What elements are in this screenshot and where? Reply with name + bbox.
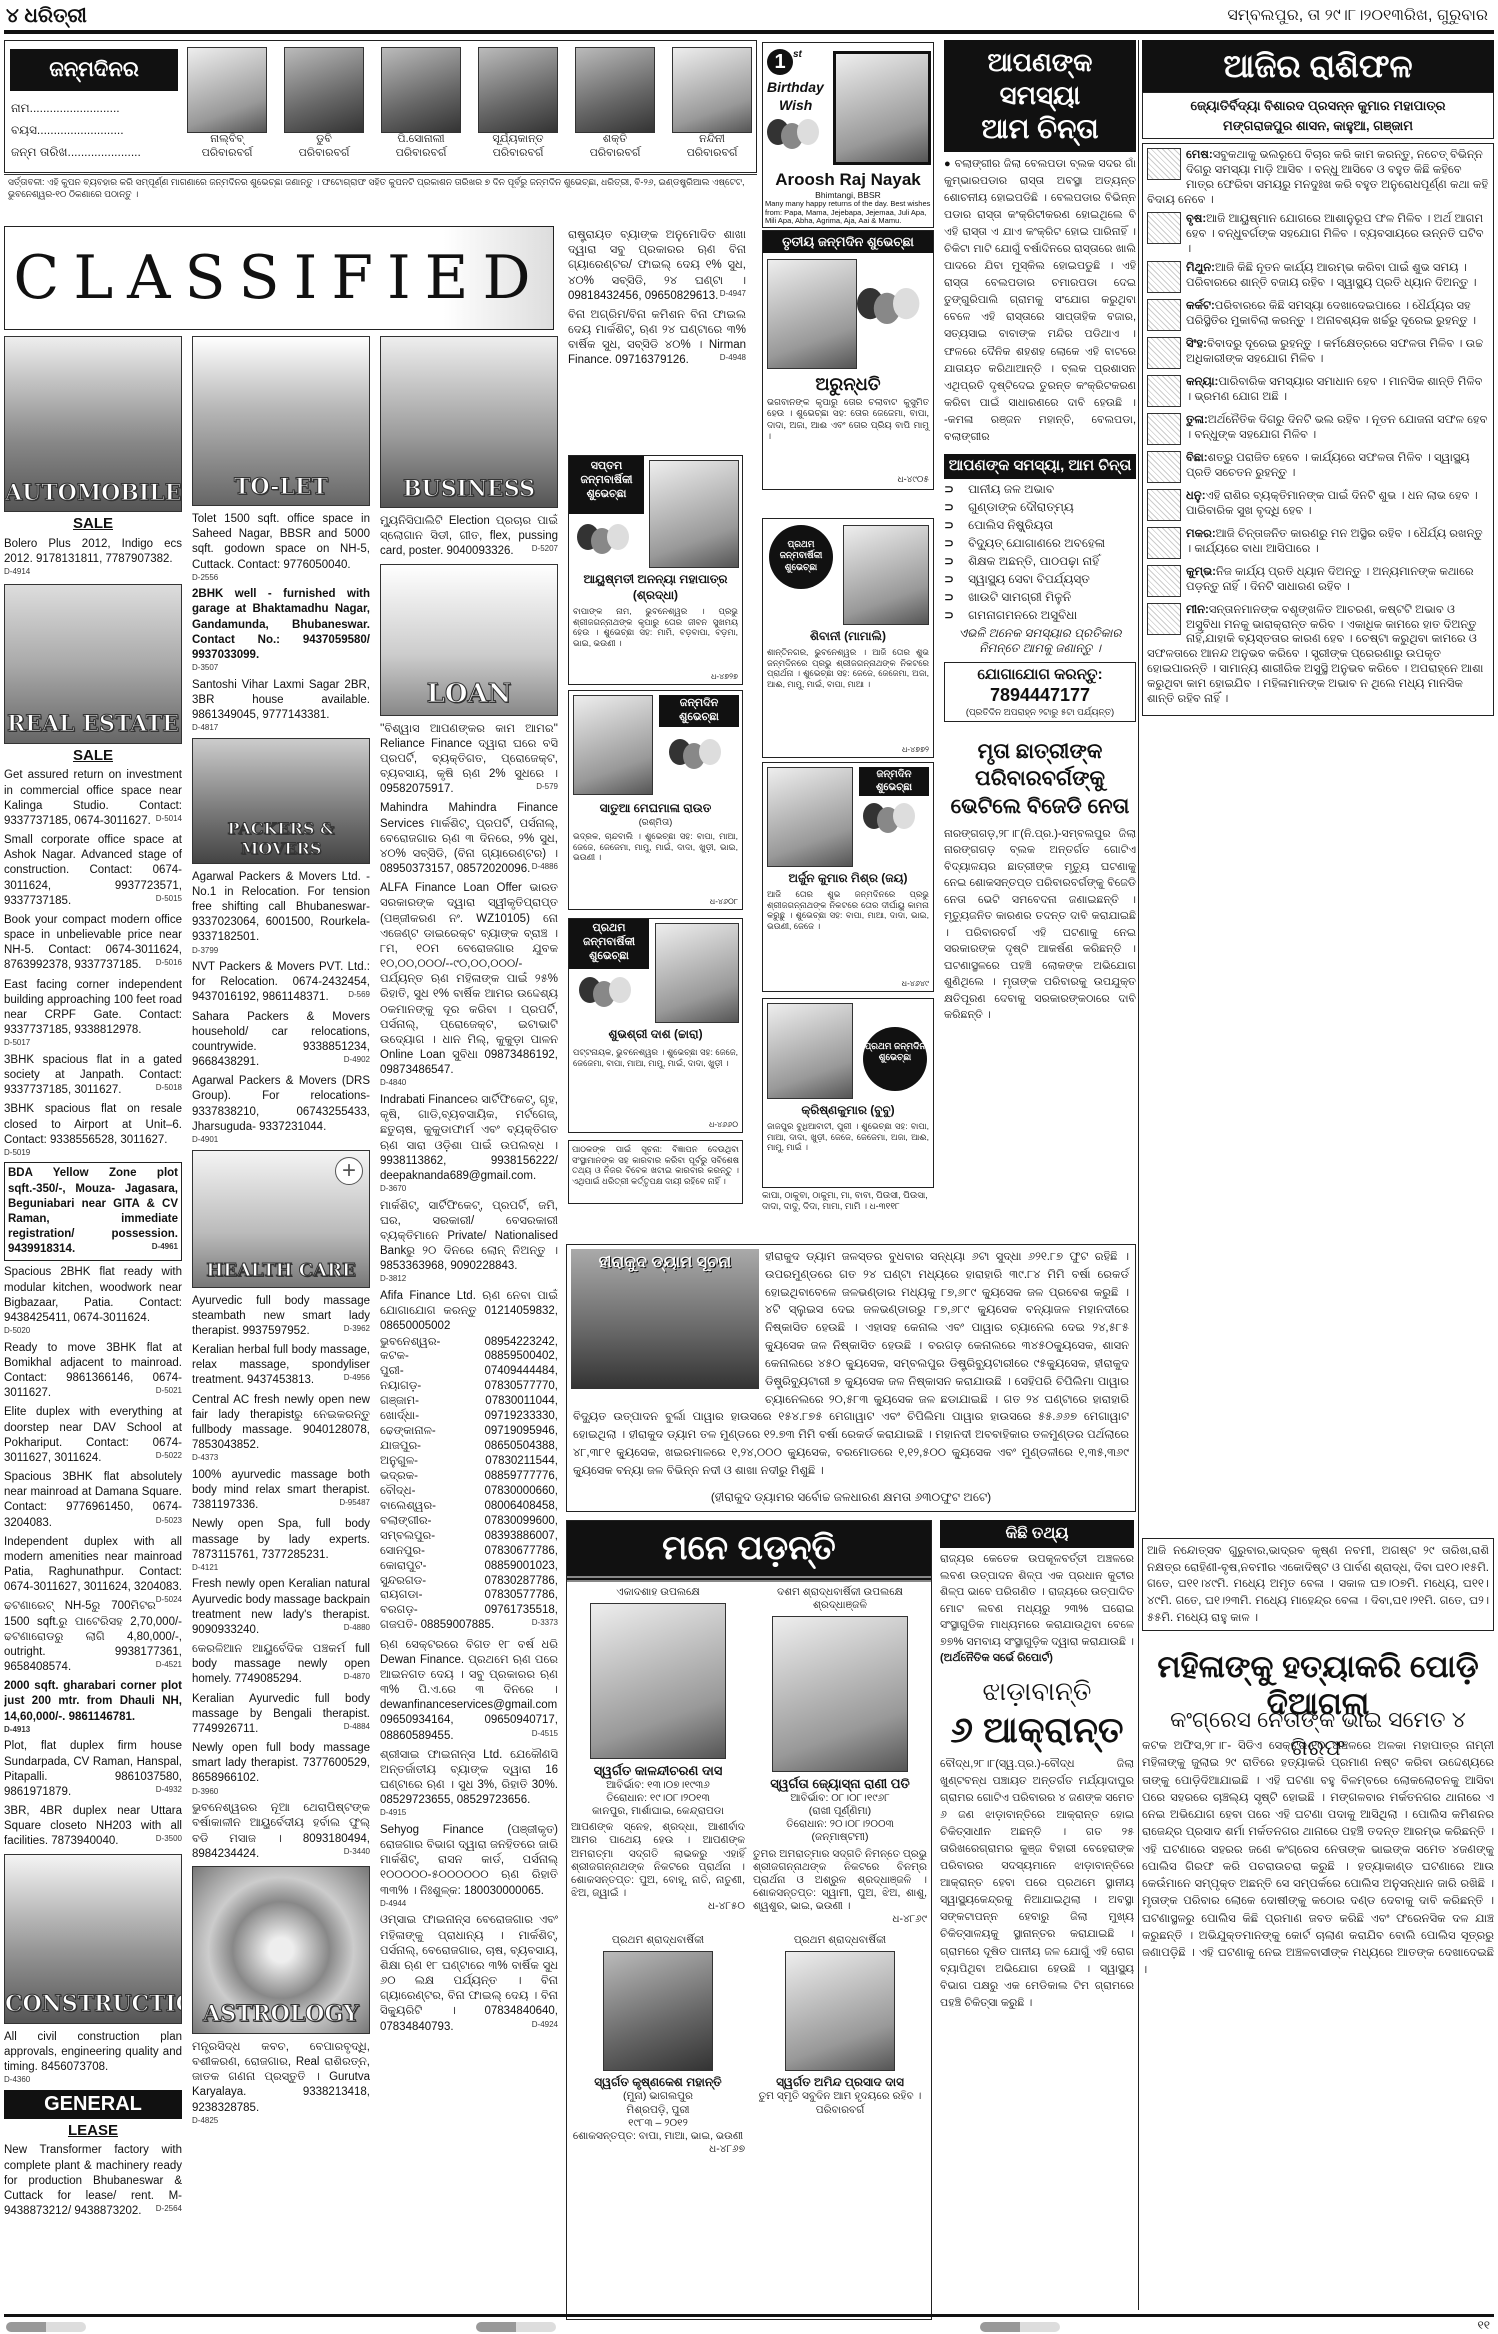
mane-padanti-section: ମନେ ପଡ଼ନ୍ତି ଏକାଦଶାହ ଉପଲକ୍ଷେ ସ୍ୱର୍ଗତ କାଳନ… — [566, 1520, 932, 2320]
mane-padanti-title: ମନେ ପଡ଼ନ୍ତି — [567, 1521, 931, 1582]
classified-ad: Mahindra Mahindra Finance Services ମାର୍କ… — [380, 801, 558, 877]
classified-ad: ରାଷ୍ଟ୍ରାୟତ ବ୍ୟାଙ୍କ ଅନୁମୋଦିତ ଶାଖା ଦ୍ୱାରା … — [568, 228, 746, 304]
birthday-entry: ପି.ସୋନାଲୀପରିବାରବର୍ଗ — [381, 47, 461, 169]
branch-row: ବୌଦ୍ଧ-07830000660, — [380, 1484, 558, 1499]
classified-ad: Book your compact modern office space in… — [4, 913, 182, 974]
afifa-finance-intro: Afifa Finance Ltd. ଋଣ ନେବା ପାଇଁ ଯୋଗାଯୋଗ … — [380, 1289, 558, 1335]
branch-row: ଯାଜପୁର-08650504388, — [380, 1439, 558, 1454]
classified-ad: ALFA Finance Loan Offer ଭାରତ ସରକାରଙ୍କ ଦ୍… — [380, 881, 558, 1089]
child-photo — [284, 47, 364, 133]
headline-jhadabanti-2: ୬ ଆକ୍ରାନ୍ତ — [940, 1707, 1134, 1752]
virgo-icon — [1147, 375, 1181, 407]
child-photo — [843, 525, 929, 625]
astrology-image: ASTROLOGY — [192, 1866, 370, 2034]
column-2: TO-LET Tolet 1500 sqft. office space in … — [192, 336, 370, 2326]
classified-ad: Plot, flat duplex firm house Sundarpada,… — [4, 1739, 182, 1800]
balloons-icon — [863, 803, 923, 853]
obituary-2: ଦଶମ ଶ୍ରାଦ୍ଧବାର୍ଷିକୀ ଉପଲକ୍ଷେ ଶ୍ରଦ୍ଧାଞ୍ଜଳି… — [749, 1582, 931, 1931]
branch-row: ପୁରୀ-07409444484, — [380, 1364, 558, 1379]
birthday-entry: ଡୁବିପରିବାରବର୍ଗ — [284, 47, 364, 169]
samasya-letter: ● ବଲାଙ୍ଗୀର ଜିଲା ବେଲପଡା ବ୍ଲକ ସଦର ଗାଁ କୁମ୍… — [944, 156, 1136, 446]
capricorn-icon — [1147, 527, 1181, 559]
classified-ad: Keralian Ayurvedic full body massage by … — [192, 1692, 370, 1738]
column-divider — [1138, 40, 1139, 2310]
classified-ad: ମ୍ୟୁନିସିପାଲିଟି Election ପ୍ରଚାର ପାଇଁ ସ୍ଲୋ… — [380, 514, 558, 560]
rashi-item: ମିଥୁନ:ଆଜି କିଛି ନୂତନ କାର୍ଯ୍ୟ ଆରମ୍ଭ କରିବା … — [1147, 261, 1489, 295]
classified-ad: NVT Packers & Movers PVT. Ltd.: for Relo… — [192, 960, 370, 1006]
classified-ad: Fresh newly open Keralian natural Ayurve… — [192, 1577, 370, 1638]
astrologer-credit: ଜ୍ୟୋତିର୍ବିଦ୍ୟା ବିଶାରଦ ପ୍ରସନ୍ନ କୁମାର ମହାପ… — [1142, 92, 1494, 139]
birthday-coupon-title: ଜନ୍ମଦିନର ଶୁଭେଚ୍ଛା — [10, 49, 178, 91]
kichhi-tathya-body: ରାଜ୍ୟର କେତେକ ଉପକୂଳବର୍ତ୍ତୀ ଅଞ୍ଚଳରେ ଲବଣ ଉତ… — [940, 1551, 1134, 1667]
samasya-section: ଆପଣଙ୍କ ସମସ୍ୟା ଆମ ଚିନ୍ତା ● ବଲାଙ୍ଗୀର ଜିଲା … — [944, 40, 1136, 1240]
branch-row: ଅନୁଗୁଳ-07830211544, — [380, 1454, 558, 1469]
classified-ad: ''ବିଶ୍ୱାସ ଆପଣଙ୍କର କାମ ଆମର'' Reliance Fin… — [380, 722, 558, 798]
contact-phone[interactable]: 7894447177 — [948, 684, 1132, 707]
obituary-1: ଏକାଦଶାହ ଉପଲକ୍ଷେ ସ୍ୱର୍ଗତ କାଳନ୍ଦୀଚରଣ ଦାସ ଆ… — [567, 1582, 749, 1931]
classified-ad: Ayurvedic full body massage steambath ne… — [192, 1294, 370, 1340]
kichhi-tathya-title: କିଛି ତଥ୍ୟ — [940, 1520, 1134, 1548]
leo-icon — [1147, 337, 1181, 369]
classified-ad: ବିନା ଅଗ୍ରିମ/ବିନା କମିଶନ ବିନା ଫାଇଲ ଦେୟ ମାର… — [568, 308, 746, 369]
plus-icon: + — [335, 1157, 363, 1185]
branch-row: କୋରାପୁଟ-08859001023, — [380, 1559, 558, 1574]
branch-row: ବାଲେଶ୍ୱର-08006408458, — [380, 1499, 558, 1514]
wish-tritiya: ତୃତୀୟ ଜନ୍ମଦିନ ଶୁଭେଚ୍ଛା ଅରୁନ୍ଧତି ଭଗବାନଙ୍କ… — [762, 230, 934, 490]
birthday-entry: ନନ୍ଦିନୀପରିବାରବର୍ଗ — [672, 47, 752, 169]
libra-icon — [1147, 413, 1181, 445]
wish-saptama: ସପ୍ତମ ଜନ୍ମବାର୍ଷିକୀ ଶୁଭେଚ୍ଛା ଆୟୁଷ୍ମତୀ ଅନନ… — [568, 455, 743, 685]
panjika-box: ଆଜି ନନ୍ଦୋତ୍ସବ ଗୁରୁବାର,ଭାଦ୍ରବ କୃଷ୍ଣ ନବମୀ,… — [1142, 1538, 1494, 1631]
branch-row: ସୁନ୍ଦରଗଡ-07830287786, — [380, 1574, 558, 1589]
rashi-item: ବୃଷ:ଆଜି ଆୟୁଷ୍ମାନ ଯୋଗରେ ଆଶାନୁରୂପ ଫଳ ମିଳିବ… — [1147, 212, 1489, 257]
column-3: BUSINESS ମ୍ୟୁନିସିପାଲିଟି Election ପ୍ରଚାର … — [380, 336, 558, 2326]
person-photo — [772, 1616, 908, 1772]
column-1: AUTOMOBILE SALE Bolero Plus 2012, Indigo… — [4, 336, 182, 2326]
samasya-list-title: ଆପଣଙ୍କ ସମସ୍ୟା, ଆମ ଚିନ୍ତା — [944, 454, 1136, 479]
person-photo — [478, 47, 558, 133]
rashifal-title: ଆଜିର ରାଶିଫଳ — [1142, 40, 1494, 92]
child-photo — [573, 695, 653, 795]
news-body-jhadabanti: ବୌଦ୍ଧ,୨୮।୮(ସ୍ୱ.ପ୍ର.)-ବୌଦ୍ଧ ଜିଲା ଖୁଣ୍ଟବନ୍… — [940, 1756, 1134, 2012]
family-list: କାପା, ଠାକୁବା, ଠାକୁମା, ମା, ବାବା, ପିଉସୀ, ପ… — [762, 1190, 934, 1213]
classified-ad: Central AC fresh newly open new fair lad… — [192, 1393, 370, 1464]
loan-image: LOAN — [380, 564, 558, 716]
classified-ad: ଭୁବନେଶ୍ୱରର ନୂଆ ଥେରାପିଷ୍ଟଙ୍କ ବର୍ଷାକାଳୀନ ଆ… — [192, 1801, 370, 1862]
wish-krishna: ପ୍ରଥମ ଜନ୍ମଦିନ ଶୁଭେଚ୍ଛା କ୍ରିଷ୍ଣକୁମାର (ବୁବ… — [762, 998, 934, 1188]
obituary-4: ପ୍ରଥମ ଶ୍ରାଦ୍ଧବାର୍ଷିକୀ ସ୍ୱର୍ଗତ ଅମିନ୍ଦ ପ୍ର… — [749, 1930, 931, 2160]
dob-field[interactable]: ଜନ୍ମ ତାରିଖ...................... — [11, 141, 141, 163]
lease-heading: LEASE — [4, 2122, 182, 2141]
kichhi-tathya-section: କିଛି ତଥ୍ୟ ରାଜ୍ୟର କେତେକ ଉପକୂଳବର୍ତ୍ତୀ ଅଞ୍ଚ… — [940, 1520, 1134, 2320]
child-photo — [655, 923, 739, 1023]
business-image: BUSINESS — [380, 336, 558, 508]
news-body-murder: କଟକ ଅଫିସ,୨୮।୮- ସିଡିଏ ସେକ୍ଟର-୧୦ ଅଞ୍ଚଳରେ ଅ… — [1142, 1738, 1494, 2308]
branch-row: ରାୟଗଡା-07830577786, — [380, 1588, 558, 1603]
classified-ad: ଋଣ ସେକ୍ଟରରେ ବିଗତ ୧୮ ବର୍ଷ ଧରି Dewan Finan… — [380, 1638, 558, 1744]
birthday-coupon: ଜନ୍ମଦିନର ଶୁଭେଚ୍ଛା ନାମ...................… — [4, 40, 757, 173]
rashifal-section: ଆଜିର ରାଶିଫଳ ଜ୍ୟୋତିର୍ବିଦ୍ୟା ବିଶାରଦ ପ୍ରସନ୍… — [1142, 40, 1494, 1470]
child-photo — [767, 767, 853, 867]
classified-ad: Ready to move 3BHK flat at Bomikhal adja… — [4, 1341, 182, 1402]
classified-ad: କେରଳିଆନ ଆୟୁର୍ବେଦିକ ପଞ୍ଚକର୍ମ full body ma… — [192, 1642, 370, 1688]
wish-prathama-shivani: ପ୍ରଥମ ଜନ୍ମବାର୍ଷିକୀ ଶୁଭେଚ୍ଛା ଶିବାନୀ (ମାମା… — [762, 518, 934, 758]
branch-row: ଖୋର୍ଦ୍ଧା-09719233330, — [380, 1409, 558, 1424]
dateline: ସମ୍ବଲପୁର, ତା ୨୯।୮।୨୦୧୩ରିଖ, ଗୁରୁବାର — [1227, 6, 1488, 26]
classified-ad: All civil construction plan approvals, e… — [4, 2030, 182, 2086]
hirakud-text: ହୀରାକୁଦ ଡ୍ୟାମ ଜଳସ୍ତର ବୁଧବାର ସନ୍ଧ୍ୟା ୬ଟା … — [573, 1249, 1129, 1481]
branch-row: ଭୁବନେଶ୍ୱର-08954223242, — [380, 1335, 558, 1350]
branch-row: ସୋନପୁର-07830677786, — [380, 1544, 558, 1559]
classified-ad: 3BHK spacious flat on resale closed to A… — [4, 1102, 182, 1158]
classified-banner: CLASSIFIED — [4, 226, 554, 330]
child-photo — [381, 47, 461, 133]
coupon-fields: ନାମ........................... ବୟସ......… — [11, 97, 141, 163]
headline-jhadabanti-1: ଝାଡ଼ାବାନ୍ତି — [940, 1675, 1134, 1708]
news-body-bjd: ନାରଙ୍ଗଗଡ଼,୨୮।୮(ନି.ପ୍ର.)-ସମ୍ବଲପୁର ଜିଲା ନା… — [944, 826, 1136, 1024]
footer-decoration — [6, 2322, 86, 2332]
child-photo — [833, 51, 931, 165]
footer-decoration — [476, 2322, 556, 2332]
branch-row: ଗଞ୍ଜାମ-07830011044, — [380, 1394, 558, 1409]
cancer-icon — [1147, 299, 1181, 331]
birthday-entry: ନାଲ୍‌ବିବ୍ପରିବାରବର୍ଗ — [187, 47, 267, 169]
general-heading: GENERAL — [4, 2090, 182, 2119]
pisces-icon — [1147, 603, 1181, 635]
classified-ad: Keralian herbal full body massage, relax… — [192, 1343, 370, 1389]
balloons-icon — [767, 119, 827, 169]
classified-ad: 3BR, 4BR duplex near Uttara Square close… — [4, 1804, 182, 1850]
contact-box: ଯୋଗାଯୋଗ କରନ୍ତୁ: 7894447177 (ପ୍ରତିଦିନ ଅପର… — [944, 662, 1136, 723]
wish-shubhasri: ପ୍ରଥମ ଜନ୍ମବାର୍ଷିକୀ ଶୁଭେଚ୍ଛା ଶୁଭଶ୍ରୀ ଦାଶ … — [568, 918, 743, 1133]
bda-plot-ad: BDA Yellow Zone plot sqft.-350/-, Mouza-… — [4, 1162, 182, 1261]
classified-ad: Newly open full body massage smart lady … — [192, 1741, 370, 1797]
classified-ad: Bolero Plus 2012, Indigo ecs 2012. 91781… — [4, 537, 182, 578]
finance-ads-top: ରାଷ୍ଟ୍ରାୟତ ବ୍ୟାଙ୍କ ଅନୁମୋଦିତ ଶାଖା ଦ୍ୱାରା … — [568, 228, 746, 448]
rashi-item: ସିଂହ:ବିବାଦରୁ ଦୂରେଇ ରୁହନ୍ତୁ । କର୍ମକ୍ଷେତ୍ର… — [1147, 337, 1489, 371]
rashi-item: ମୀନ:ସନ୍ତାନମାନଙ୍କ ବଶୃଙ୍ଖଳିତ ଆଚରଣ, କଷ୍ଟଟି … — [1147, 603, 1489, 708]
name-field[interactable]: ନାମ........................... — [11, 97, 141, 119]
afifa-branch-list: ଭୁବନେଶ୍ୱର-08954223242, କଟକ-08859500402, … — [380, 1335, 558, 1634]
person-photo — [590, 1603, 726, 1759]
classified-ad: ଢଟଣାରେଟ୍ NH-5ରୁ 700ମିଟର 1500 sqft.ରୁ ପାଟ… — [4, 1599, 182, 1675]
sagittarius-icon — [1147, 489, 1181, 521]
child-photo — [767, 259, 857, 369]
page-label: ୪ ଧରିତ୍ରୀ — [6, 4, 87, 29]
classified-ad: ଓମ୍‌ସାଇ ଫାଇନାନ୍ସ ବେରୋଜଗାର ଏବଂ ମହିଳାଙ୍କୁ … — [380, 1913, 558, 2034]
classified-ad: Tolet 1500 sqft. office space in Saheed … — [192, 512, 370, 583]
rashi-item: ତୁଳା:ଅର୍ଥନୈତିକ ଦିଗରୁ ଦିନଟି ଭଲ ରହିବ । ନୂତ… — [1147, 413, 1489, 447]
age-field[interactable]: ବୟସ.......................... — [11, 119, 141, 141]
balloons-icon — [577, 524, 637, 574]
classified-ad: Indrabati Financeର ସାର୍ଟିଫିକେଟ୍, ଗୃହ, କୃ… — [380, 1093, 558, 1195]
person-photo — [575, 47, 655, 133]
rashi-item: କୁମ୍ଭ:ନିଜ କାର୍ଯ୍ୟ ପ୍ରତି ଧ୍ୟାନ ଦିଅନ୍ତୁ । … — [1147, 565, 1489, 599]
classified-ad: ମନ୍ତ୍ରସିଦ୍ଧ କବଚ, ବେପାରବୃଦ୍ଧି, ବଶୀକରଣ, ରୋ… — [192, 2040, 370, 2126]
classified-ad: Newly open Spa, full body massage by lad… — [192, 1517, 370, 1573]
person-photo — [785, 1951, 895, 2071]
classified-ad: 2000 sqft. gharabari corner plot just 20… — [4, 1679, 182, 1735]
sale-heading: SALE — [4, 515, 182, 534]
classified-ad: Sahara Packers & Movers household/ car r… — [192, 1010, 370, 1071]
rashi-item: ମକର:ଆଜି ଚିନ୍ତାଜନିତ କାରଣରୁ ମନ ଅସ୍ଥିର ରହିବ… — [1147, 527, 1489, 561]
child-photo — [672, 47, 752, 133]
taurus-icon — [1147, 212, 1181, 244]
classified-ad: 100% ayurvedic massage both body mind re… — [192, 1468, 370, 1514]
balloons-icon — [669, 739, 729, 789]
to-let-image: TO-LET — [192, 336, 370, 506]
aroosh-birthday-ad: 1 st Birthday Wish Aroosh Raj Nayak Bhim… — [762, 42, 934, 228]
footer-rule — [4, 2314, 1494, 2317]
aquarius-icon — [1147, 565, 1181, 597]
automobile-image: AUTOMOBILE — [4, 336, 182, 512]
footer-decoration — [980, 2322, 1060, 2332]
coupon-terms: ସର୍ତ୍ତାବଳୀ: ଏହି କୁପନ ବ୍ୟବହାର କରି ସମ୍ପୂର୍… — [4, 174, 757, 202]
classified-ad: Agarwal Packers & Movers (DRS Group). Fo… — [192, 1074, 370, 1145]
header-rule — [4, 30, 1494, 34]
classified-ad: Spacious 2BHK flat ready with modular ki… — [4, 1265, 182, 1336]
branch-row: ଭଦ୍ରକ-08859777776, — [380, 1469, 558, 1484]
child-photo — [649, 460, 739, 568]
balloons-icon — [857, 288, 929, 348]
person-photo — [603, 1951, 713, 2071]
branch-row: ନୟାଗଡ଼-07830577770, — [380, 1379, 558, 1394]
first-badge: 1 st — [767, 49, 802, 75]
branch-row: ବଲାଙ୍ଗୀର-07830099600, — [380, 1514, 558, 1529]
gemini-icon — [1147, 261, 1181, 293]
rashi-item: ବିଛା:ଶତ୍ରୁ ପରାଜିତ ହେବେ । କାର୍ଯ୍ୟରେ ସଫଳତା… — [1147, 451, 1489, 485]
birthday-entry: ଶକ୍ତିପରିବାରବର୍ଗ — [575, 47, 655, 169]
classified-ad: Sehyog Finance (ପଞ୍ଜୀକୃତ) ରୋଜଗାର ବିଭାଗ ଦ… — [380, 1823, 558, 1909]
classified-ad: Santoshi Vihar Laxmi Sagar 2BR, 3BR hous… — [192, 678, 370, 734]
classified-ad: New Transformer factory with complete pl… — [4, 2143, 182, 2219]
branch-row: ଗଜପତି- 08859007885. D-3373 — [380, 1618, 558, 1633]
classified-ad: Spacious 3BHK flat absolutely near mainr… — [4, 1470, 182, 1531]
rashifal-list: ମେଷ:ସବୁକଥାକୁ ଭଲରୂପେ ବିଚାର କରି କାମ କରନ୍ତୁ… — [1142, 143, 1494, 716]
classified-ad: Elite duplex with everything at doorstep… — [4, 1405, 182, 1466]
classified-ad: Independent duplex with all modern ameni… — [4, 1535, 182, 1596]
branch-row: ଢେଙ୍କାନାଳ-09719095946, — [380, 1424, 558, 1439]
construction-image: CONSTRUCTION — [4, 1854, 182, 2024]
branch-row: କଟକ-08859500402, — [380, 1349, 558, 1364]
obituary-3: ପ୍ରଥମ ଶ୍ରାଦ୍ଧବାର୍ଷିକୀ ସ୍ୱର୍ଗତ କୃଷ୍ଣକେଶ ମ… — [567, 1930, 749, 2160]
wish-arjun: ଜନ୍ମଦିନ ଶୁଭେଚ୍ଛା ଅର୍ଜୁନ କୁମାର ମିଶ୍ର (ଜୟ)… — [762, 762, 934, 992]
page-number: ୧୧ — [1477, 2318, 1490, 2333]
packers-movers-image: PACKERS & MOVERS — [192, 738, 370, 864]
birthday-photos: ନାଲ୍‌ବିବ୍ପରିବାରବର୍ଗ ଡୁବିପରିବାରବର୍ଗ ପି.ସୋ… — [187, 47, 752, 169]
real-estate-image: REAL ESTATE — [4, 584, 182, 744]
rashi-item: କର୍କଟ:ପରିବାରରେ କିଛି ସମସ୍ୟା ଦେଖାଦେଇପାରେ ।… — [1147, 299, 1489, 333]
problem-list: ପାନୀୟ ଜଳ ଅଭାବ ଗୁଣ୍ଡାଙ୍କ ଦୌରାତ୍ମ୍ୟ ପୋଲିସ … — [944, 482, 1136, 623]
classified-ad: ଶ୍ରୀସାଇ ଫାଇନାନ୍ସ Ltd. ଯେକୌଣସି ଅନ୍ତର୍ଜାତୀ… — [380, 1748, 558, 1819]
rashi-item: ଧନୁ:ଏହି ରାଶିର ବ୍ୟକ୍ତିମାନଙ୍କ ପାଇଁ ଦିନଟି ଶ… — [1147, 489, 1489, 523]
classified-ad: Small corporate office space at Ashok Na… — [4, 833, 182, 909]
rashi-item: ମେଷ:ସବୁକଥାକୁ ଭଲରୂପେ ବିଚାର କରି କାମ କରନ୍ତୁ… — [1147, 148, 1489, 208]
health-care-image: + HEALTH CARE — [192, 1150, 370, 1288]
classified-ad: East facing corner independent building … — [4, 978, 182, 1049]
rashi-item: କନ୍ୟା:ପାରିବାରିକ ସମସ୍ୟାର ସମାଧାନ ହେବ । ମାନ… — [1147, 375, 1489, 409]
hirakud-dam-box: ହୀରାକୁଦ ଡ୍ୟାମ ସୂଚନା ହୀରାକୁଦ ଡ୍ୟାମ ଜଳସ୍ତର… — [566, 1244, 1136, 1512]
birthday-entry: ସୂର୍ଯ୍ୟକାନ୍ତପରିବାରବର୍ଗ — [478, 47, 558, 169]
child-photo — [187, 47, 267, 133]
classified-ad: 2BHK well - furnished with garage at Bha… — [192, 587, 370, 673]
branch-row: ବରଗଡ଼-09761735518, — [380, 1603, 558, 1618]
sale-heading: SALE — [4, 747, 182, 766]
headline-bjd: ମୃତା ଛାତ୍ରୀଙ୍କ ପରିବାରବର୍ଗଙ୍କୁ ଭେଟିଲେ ବିଜ… — [944, 738, 1136, 820]
classified-ad: Agarwal Packers & Movers Ltd. - No.1 in … — [192, 870, 370, 956]
aries-icon — [1147, 148, 1181, 180]
classified-ad: 3BHK spacious flat in a gated society at… — [4, 1053, 182, 1099]
balloons-icon — [579, 977, 639, 1027]
scorpio-icon — [1147, 451, 1181, 483]
classified-ad: ମାର୍କଶିଟ୍, ସାର୍ଟିଫିକେଟ୍, ପ୍ରପର୍ଟି, ଜମି, … — [380, 1199, 558, 1285]
branch-row: ସମ୍ବଲପୁର-08393886007, — [380, 1529, 558, 1544]
reader-disclaimer: ପାଠକଙ୍କ ପାଇଁ ସୂଚନା: ବିଜ୍ଞାପନ ଦେଉଥିବା ସଂସ… — [568, 1140, 743, 1204]
child-photo — [767, 1003, 853, 1099]
classified-ad: Get assured return on investment in comm… — [4, 768, 182, 829]
wish-sathua: ଜନ୍ମଦିନ ଶୁଭେଚ୍ଛା ସାତୁଆ ମେଘମାଳା ରାଉତ (ରଶ୍… — [568, 690, 743, 910]
